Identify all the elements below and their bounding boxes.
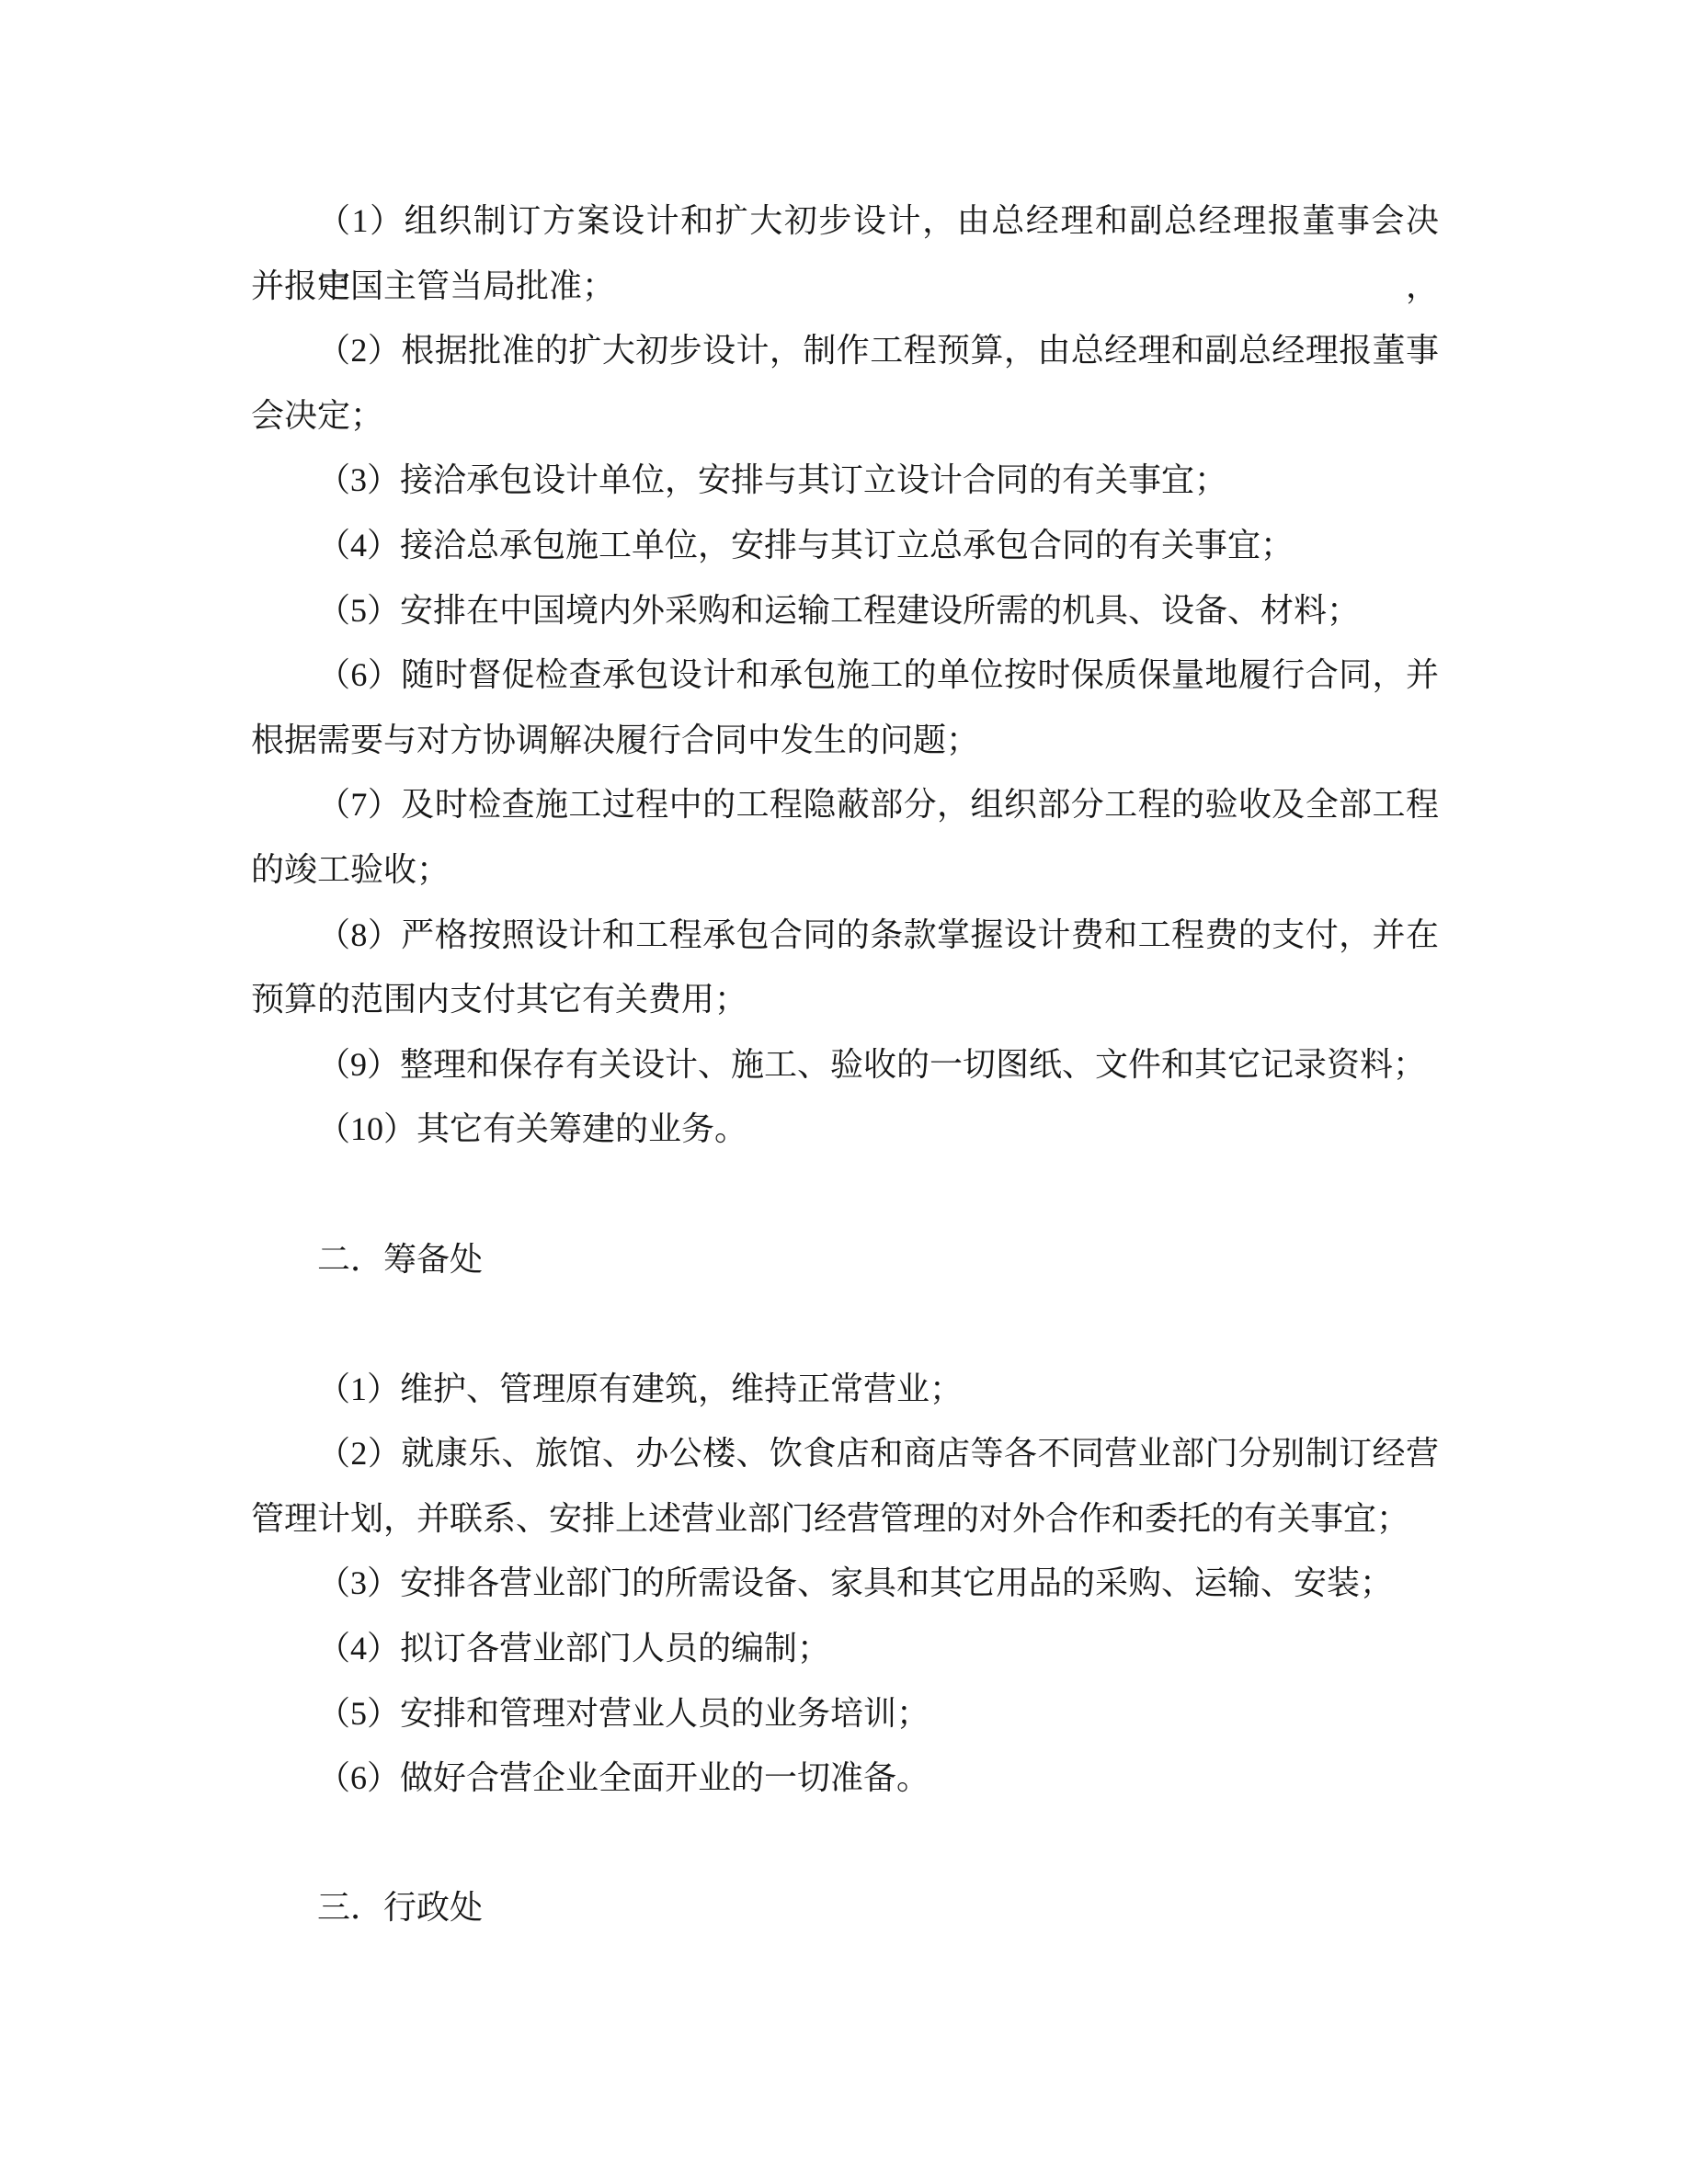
para-a3-line1: （3）接洽承包设计单位，安排与其订立设计合同的有关事宜； [251, 448, 1439, 513]
para-a2-line1: （2）根据批准的扩大初步设计，制作工程预算，由总经理和副总经理报董事 [251, 318, 1439, 383]
para-a2-line2: 会决定； [251, 383, 1439, 449]
blank-line [251, 1811, 1439, 1876]
para-a9-line1: （9）整理和保存有关设计、施工、验收的一切图纸、文件和其它记录资料； [251, 1032, 1439, 1098]
para-a6-line2: 根据需要与对方协调解决履行合同中发生的问题； [251, 708, 1439, 773]
blank-line [251, 1291, 1439, 1357]
para-b5-line1: （5）安排和管理对营业人员的业务培训； [251, 1681, 1439, 1746]
section-heading-preparatory-office: 二．筹备处 [251, 1227, 1439, 1292]
para-a8-line2: 预算的范围内支付其它有关费用； [251, 967, 1439, 1032]
para-a7-line2: 的竣工验收； [251, 837, 1439, 903]
para-a6-line1: （6）随时督促检查承包设计和承包施工的单位按时保质保量地履行合同，并 [251, 643, 1439, 708]
para-b3-line1: （3）安排各营业部门的所需设备、家具和其它用品的采购、运输、安装； [251, 1551, 1439, 1616]
para-b2-line2: 管理计划，并联系、安排上述营业部门经营管理的对外合作和委托的有关事宜； [251, 1486, 1439, 1552]
para-b2-line1: （2）就康乐、旅馆、办公楼、饮食店和商店等各不同营业部门分别制订经营 [251, 1421, 1439, 1486]
para-a8-line1: （8）严格按照设计和工程承包合同的条款掌握设计费和工程费的支付，并在 [251, 903, 1439, 968]
para-b1-line1: （1）维护、管理原有建筑，维持正常营业； [251, 1357, 1439, 1422]
para-b4-line1: （4）拟订各营业部门人员的编制； [251, 1616, 1439, 1681]
text-block: （1）组织制订方案设计和扩大初步设计，由总经理和副总经理报董事会决定， 并报中国… [251, 188, 1439, 1940]
section-heading-administrative-office: 三．行政处 [251, 1875, 1439, 1940]
para-a7-line1: （7）及时检查施工过程中的工程隐蔽部分，组织部分工程的验收及全部工程 [251, 772, 1439, 837]
para-a10-line1: （10）其它有关筹建的业务。 [251, 1097, 1439, 1162]
para-b6-line1: （6）做好合营企业全面开业的一切准备。 [251, 1746, 1439, 1811]
document-page: （1）组织制订方案设计和扩大初步设计，由总经理和副总经理报董事会决定， 并报中国… [0, 0, 1688, 2184]
para-a1-line1: （1）组织制订方案设计和扩大初步设计，由总经理和副总经理报董事会决定， [251, 188, 1439, 254]
para-a4-line1: （4）接洽总承包施工单位，安排与其订立总承包合同的有关事宜； [251, 513, 1439, 578]
para-a5-line1: （5）安排在中国境内外采购和运输工程建设所需的机具、设备、材料； [251, 578, 1439, 643]
blank-line [251, 1162, 1439, 1227]
